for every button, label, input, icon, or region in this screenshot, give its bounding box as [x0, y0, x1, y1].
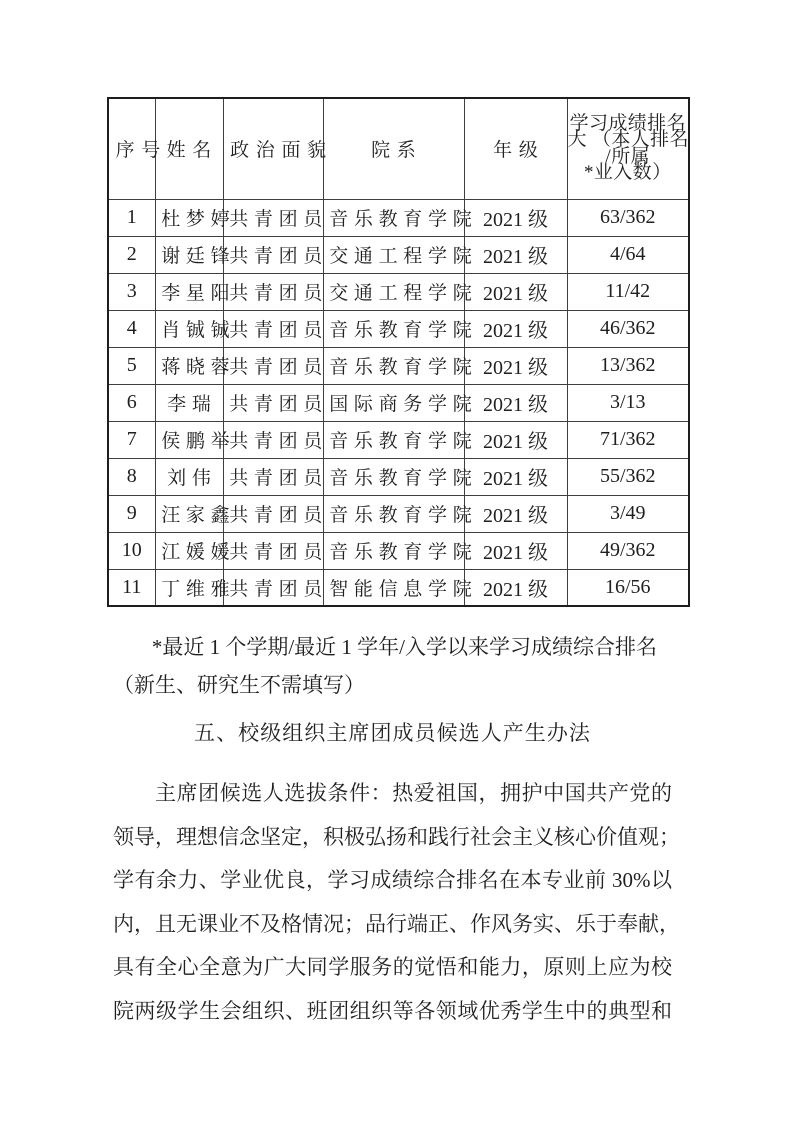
cell-name: 李星阳 [155, 273, 223, 310]
col-header-political: 政治面貌 [223, 98, 323, 199]
cell-no: 5 [108, 347, 155, 384]
cell-name: 肖铖铖 [155, 310, 223, 347]
cell-rank: 49/362 [567, 532, 689, 569]
paragraph-line: 主席团候选人选拔条件：热爱祖国，拥护中国共产党的 [113, 772, 672, 816]
table-row: 4肖铖铖共青团员音乐教育学院2021 级46/362 [108, 310, 689, 347]
cell-rank: 55/362 [567, 458, 689, 495]
cell-political: 共青团员 [223, 495, 323, 532]
cell-dept: 智能信息学院 [323, 569, 464, 606]
cell-dept: 音乐教育学院 [323, 458, 464, 495]
cell-political: 共青团员 [223, 569, 323, 606]
cell-rank: 11/42 [567, 273, 689, 310]
cell-dept: 音乐教育学院 [323, 532, 464, 569]
cell-no: 8 [108, 458, 155, 495]
table-row: 9汪家鑫共青团员音乐教育学院2021 级3/49 [108, 495, 689, 532]
cell-political: 共青团员 [223, 199, 323, 236]
cell-no: 10 [108, 532, 155, 569]
cell-name: 丁维雅 [155, 569, 223, 606]
col-header-dept: 院系 [323, 98, 464, 199]
table-row: 11丁维雅共青团员智能信息学院2021 级16/56 [108, 569, 689, 606]
col-header-grade: 年级 [464, 98, 567, 199]
paragraph-line: 领导，理想信念坚定，积极弘扬和践行社会主义核心价值观； [113, 816, 672, 860]
score-header-line: *业入数） [568, 165, 689, 182]
cell-name: 蒋晓蓉 [155, 347, 223, 384]
footnote-line2: （新生、研究生不需填写） [113, 666, 680, 704]
cell-dept: 国际商务学院 [323, 384, 464, 421]
cell-rank: 13/362 [567, 347, 689, 384]
table-body: 1杜梦婷共青团员音乐教育学院2021 级63/3622谢廷锋共青团员交通工程学院… [108, 199, 689, 606]
cell-political: 共青团员 [223, 273, 323, 310]
cell-rank: 46/362 [567, 310, 689, 347]
table-header: 序号 姓名 政治面貌 院系 年级 学习成绩排名 大 （本人排名 /所属 *业入数… [108, 98, 689, 199]
table-footnote: *最近 1 个学期/最近 1 学年/入学以来学习成绩综合排名 （新生、研究生不需… [113, 628, 680, 704]
cell-grade: 2021 级 [464, 495, 567, 532]
footnote-line1: *最近 1 个学期/最近 1 学年/入学以来学习成绩综合排名 [113, 628, 680, 666]
cell-dept: 音乐教育学院 [323, 199, 464, 236]
cell-rank: 16/56 [567, 569, 689, 606]
table-row: 7侯鹏举共青团员音乐教育学院2021 级71/362 [108, 421, 689, 458]
cell-political: 共青团员 [223, 347, 323, 384]
cell-dept: 交通工程学院 [323, 273, 464, 310]
paragraph-line: 具有全心全意为广大同学服务的觉悟和能力，原则上应为校 [113, 946, 672, 990]
cell-grade: 2021 级 [464, 421, 567, 458]
cell-no: 6 [108, 384, 155, 421]
document-page: 序号 姓名 政治面貌 院系 年级 学习成绩排名 大 （本人排名 /所属 *业入数… [0, 0, 793, 1122]
table-row: 2谢廷锋共青团员交通工程学院2021 级4/64 [108, 236, 689, 273]
cell-name: 杜梦婷 [155, 199, 223, 236]
table-row: 3李星阳共青团员交通工程学院2021 级11/42 [108, 273, 689, 310]
cell-name: 李瑞 [155, 384, 223, 421]
col-header-score-rank: 学习成绩排名 大 （本人排名 /所属 *业入数） [567, 98, 689, 199]
cell-dept: 音乐教育学院 [323, 347, 464, 384]
cell-dept: 音乐教育学院 [323, 495, 464, 532]
body-paragraph: 主席团候选人选拔条件：热爱祖国，拥护中国共产党的 领导，理想信念坚定，积极弘扬和… [113, 772, 672, 1033]
cell-dept: 音乐教育学院 [323, 421, 464, 458]
col-header-no: 序号 [108, 98, 155, 199]
cell-rank: 3/49 [567, 495, 689, 532]
cell-dept: 交通工程学院 [323, 236, 464, 273]
section-title: 五、校级组织主席团成员候选人产生办法 [113, 713, 672, 753]
cell-grade: 2021 级 [464, 273, 567, 310]
cell-grade: 2021 级 [464, 347, 567, 384]
candidate-table: 序号 姓名 政治面貌 院系 年级 学习成绩排名 大 （本人排名 /所属 *业入数… [107, 97, 690, 607]
cell-name: 汪家鑫 [155, 495, 223, 532]
table-row: 10江媛媛共青团员音乐教育学院2021 级49/362 [108, 532, 689, 569]
cell-no: 1 [108, 199, 155, 236]
paragraph-line: 学有余力、学业优良，学习成绩综合排名在本专业前 30%以 [113, 859, 672, 903]
cell-rank: 3/13 [567, 384, 689, 421]
cell-political: 共青团员 [223, 384, 323, 421]
cell-no: 2 [108, 236, 155, 273]
table-row: 8刘伟共青团员音乐教育学院2021 级55/362 [108, 458, 689, 495]
cell-rank: 63/362 [567, 199, 689, 236]
cell-name: 谢廷锋 [155, 236, 223, 273]
cell-grade: 2021 级 [464, 199, 567, 236]
cell-name: 侯鹏举 [155, 421, 223, 458]
cell-dept: 音乐教育学院 [323, 310, 464, 347]
cell-political: 共青团员 [223, 236, 323, 273]
cell-no: 9 [108, 495, 155, 532]
cell-no: 3 [108, 273, 155, 310]
cell-grade: 2021 级 [464, 236, 567, 273]
cell-grade: 2021 级 [464, 384, 567, 421]
cell-grade: 2021 级 [464, 532, 567, 569]
paragraph-line: 内，且无课业不及格情况；品行端正、作风务实、乐于奉献， [113, 903, 672, 947]
cell-grade: 2021 级 [464, 569, 567, 606]
cell-no: 7 [108, 421, 155, 458]
cell-political: 共青团员 [223, 310, 323, 347]
cell-no: 4 [108, 310, 155, 347]
cell-no: 11 [108, 569, 155, 606]
cell-grade: 2021 级 [464, 310, 567, 347]
cell-rank: 71/362 [567, 421, 689, 458]
cell-political: 共青团员 [223, 421, 323, 458]
cell-name: 江媛媛 [155, 532, 223, 569]
table-row: 1杜梦婷共青团员音乐教育学院2021 级63/362 [108, 199, 689, 236]
table-row: 6李瑞共青团员国际商务学院2021 级3/13 [108, 384, 689, 421]
cell-political: 共青团员 [223, 532, 323, 569]
cell-rank: 4/64 [567, 236, 689, 273]
cell-name: 刘伟 [155, 458, 223, 495]
header-row: 序号 姓名 政治面貌 院系 年级 学习成绩排名 大 （本人排名 /所属 *业入数… [108, 98, 689, 199]
table-row: 5蒋晓蓉共青团员音乐教育学院2021 级13/362 [108, 347, 689, 384]
cell-political: 共青团员 [223, 458, 323, 495]
cell-grade: 2021 级 [464, 458, 567, 495]
paragraph-line: 院两级学生会组织、班团组织等各领域优秀学生中的典型和 [113, 990, 672, 1034]
